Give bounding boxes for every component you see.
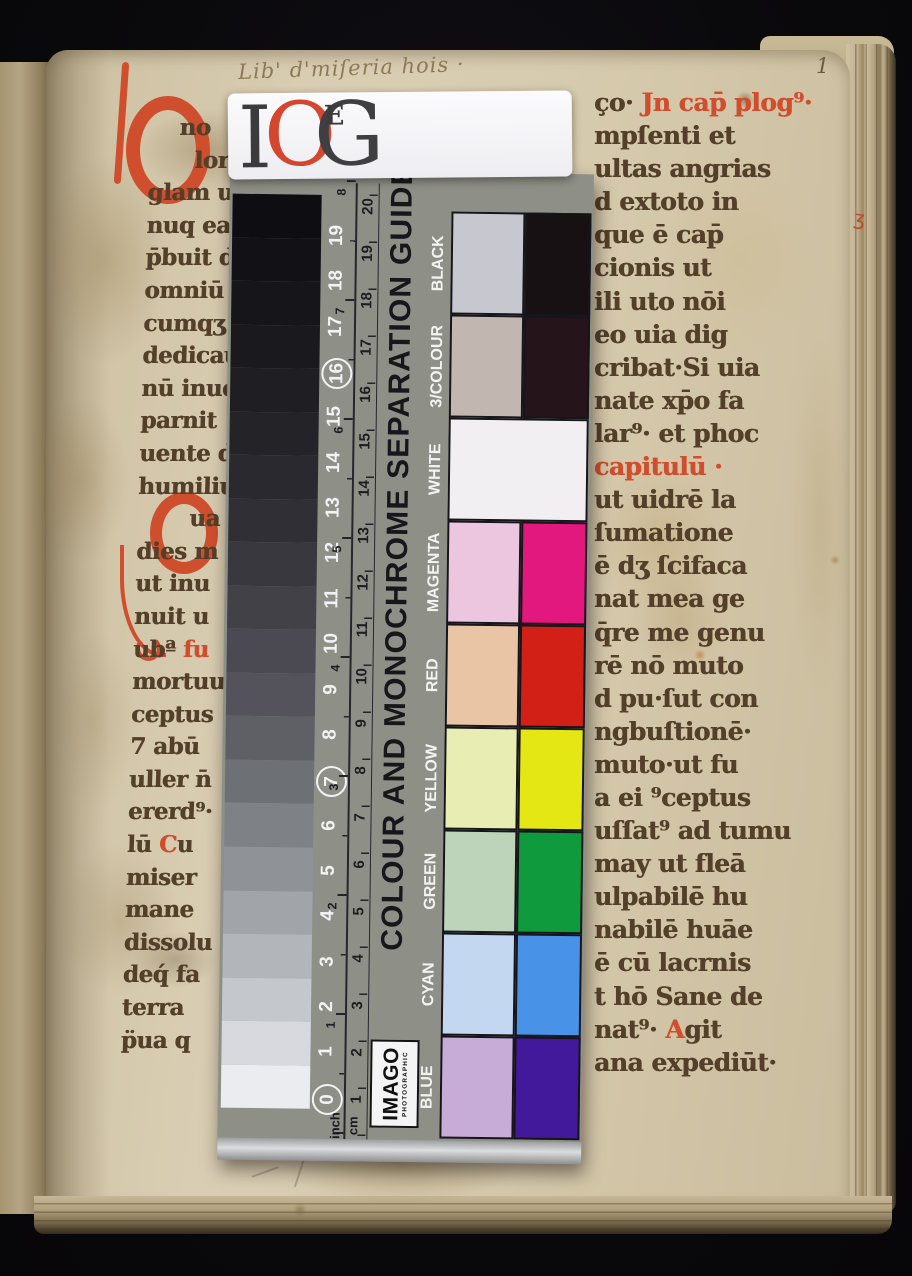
gray-step-patch xyxy=(221,1064,311,1109)
gray-step-patch xyxy=(226,629,316,674)
cm-number: 5 xyxy=(346,901,370,921)
gray-step-patch xyxy=(228,542,318,587)
cm-number: 9 xyxy=(349,713,373,733)
color-row: YELLOW xyxy=(419,726,584,831)
manuscript-line: ut inu xyxy=(135,568,235,601)
manuscript-line: uller n̄ xyxy=(128,764,228,797)
inch-number: 4 xyxy=(324,658,346,678)
manuscript-line: cribat·Si uia xyxy=(594,351,812,384)
color-patch-strong xyxy=(519,624,586,728)
manuscript-line: eo uia dig xyxy=(594,318,812,351)
manuscript-line: nabilē huāe xyxy=(594,913,812,946)
patch-label-zone: BLACK xyxy=(426,211,451,314)
manuscript-line: p̈ua q xyxy=(120,1025,220,1058)
manuscript-line: terra xyxy=(121,992,221,1025)
gray-step-patch xyxy=(225,716,315,761)
gray-step-patch xyxy=(223,890,313,935)
manuscript-line: may ut fleā xyxy=(594,847,812,880)
color-patch-strong xyxy=(517,727,584,831)
logo-letter-e: E xyxy=(324,102,345,129)
manuscript-line: q̄re me genu xyxy=(594,616,812,649)
manuscript-line: nate xp̄o fa xyxy=(594,384,812,417)
cm-number: 7 xyxy=(347,807,371,827)
manuscript-line: 7 abū xyxy=(130,731,230,764)
color-row: RED xyxy=(421,623,586,728)
manuscript-line: uſſat⁹ ad tumu xyxy=(594,814,812,847)
patch-label: 3/COLOUR xyxy=(428,324,447,407)
right-text-column: ço· Jn cap̄ plog⁹·mpſenti etultas angria… xyxy=(594,86,812,1079)
manuscript-line: ē cū lacrnis xyxy=(594,946,812,979)
gray-step-patch xyxy=(221,1021,311,1066)
cm-number: 15 xyxy=(352,431,376,451)
cm-number: 18 xyxy=(354,290,378,310)
inch-number: 2 xyxy=(321,896,343,916)
patch-label: GREEN xyxy=(421,852,440,909)
color-patch-light xyxy=(442,829,517,933)
color-patch-strong xyxy=(524,212,591,316)
inch-number: 7 xyxy=(329,301,351,321)
manuscript-line: d pu·ſut con xyxy=(594,682,812,715)
manuscript-line: dissolu xyxy=(123,927,223,960)
color-patch-strong xyxy=(523,315,590,419)
patch-label-zone: RED xyxy=(421,623,446,726)
gray-step-patch xyxy=(230,324,320,369)
color-patch-light xyxy=(446,520,521,624)
patch-label-zone: MAGENTA xyxy=(422,520,447,623)
manuscript-line: muto·ut fu xyxy=(594,748,812,781)
color-patch-rows: BLACK 3/COLOUR WHITE xyxy=(415,211,591,1140)
manuscript-line: uente d xyxy=(139,438,239,471)
manuscript-line: lū Cu xyxy=(126,829,226,862)
gray-step-patch xyxy=(222,977,312,1022)
patch-label-zone: GREEN xyxy=(418,829,443,932)
gray-step-patch xyxy=(228,498,318,543)
cm-number: 11 xyxy=(350,619,374,639)
patch-label-zone: WHITE xyxy=(423,417,448,520)
cm-number: 3 xyxy=(345,995,369,1015)
patch-label-zone: BLUE xyxy=(415,1035,440,1138)
binding-gutter-shadow xyxy=(46,50,110,1202)
manuscript-line: ili uto nōi xyxy=(594,285,812,318)
manuscript-line: ultas angrias xyxy=(594,152,812,185)
manuscript-line: miser xyxy=(125,862,225,895)
color-patch-light xyxy=(443,726,518,830)
manuscript-line: ço· Jn cap̄ plog⁹· xyxy=(594,86,812,119)
manuscript-line: ſumatione xyxy=(594,516,812,549)
color-row: WHITE xyxy=(423,417,588,522)
gray-step-patch xyxy=(227,585,317,630)
color-row: CYAN xyxy=(417,932,582,1037)
patch-label: RED xyxy=(424,658,442,692)
book-cover-edge xyxy=(0,62,50,1214)
logo-card: I O E G xyxy=(228,91,573,180)
imago-logo: IMAGO PHOTOGRAPHIC xyxy=(369,1040,419,1129)
gray-step-patch xyxy=(224,803,314,848)
manuscript-line: ceptus xyxy=(131,699,231,732)
patch-label: MAGENTA xyxy=(425,532,444,612)
color-patch-strong xyxy=(515,933,582,1037)
gray-step-patch xyxy=(229,411,319,456)
cm-unit-label: cm xyxy=(342,1101,363,1149)
color-row: MAGENTA xyxy=(422,520,587,625)
imago-brand-name: IMAGO xyxy=(380,1047,402,1121)
color-row: 3/COLOUR xyxy=(425,314,590,419)
guide-title: COLOUR AND MONOCHROME SEPARATION GUIDE xyxy=(376,164,420,951)
page-stack-bottom-edges xyxy=(34,1196,892,1234)
manuscript-line: ut uidrē la xyxy=(594,483,812,516)
cm-number: 19 xyxy=(355,243,379,263)
manuscript-line: ngbuſtionē· xyxy=(594,715,812,748)
cm-number: 10 xyxy=(349,666,373,686)
cm-number: 8 xyxy=(348,760,372,780)
patch-label: BLACK xyxy=(429,235,448,291)
gray-step-patch xyxy=(232,237,322,282)
color-patch-light xyxy=(449,315,524,419)
manuscript-line: ua xyxy=(137,503,237,536)
manuscript-line: que ē cap̄ xyxy=(594,218,812,251)
grayscale-wedge xyxy=(221,194,322,1109)
manuscript-line: lar⁹· et phoc xyxy=(594,417,812,450)
imago-brand-sub: PHOTOGRAPHIC xyxy=(402,1047,409,1121)
cm-number: 6 xyxy=(347,854,371,874)
manuscript-line: humiliu xyxy=(138,471,238,504)
patch-label: BLUE xyxy=(419,1065,438,1109)
patch-label: WHITE xyxy=(427,443,446,495)
manuscript-line: nat⁹· Agit xyxy=(594,1013,812,1046)
gray-step-patch xyxy=(222,934,312,979)
manuscript-line: mortuu xyxy=(132,666,232,699)
manuscript-line: dies m xyxy=(136,536,236,569)
color-row: BLUE xyxy=(415,1035,580,1140)
inch-number: 6 xyxy=(327,420,349,440)
inch-number: 5 xyxy=(326,539,348,559)
inch-number: 3 xyxy=(323,777,345,797)
color-patch-light xyxy=(450,212,525,316)
inch-number: 1 xyxy=(320,1015,342,1035)
color-patch-light xyxy=(441,932,516,1036)
manuscript-line: ē dʒ ſcifaca xyxy=(594,549,812,582)
manuscript-line: ererd⁹· xyxy=(127,796,227,829)
cm-number: 4 xyxy=(346,948,370,968)
gray-step-patch xyxy=(224,847,314,892)
patch-label-zone: 3/COLOUR xyxy=(425,314,450,417)
cm-number: 16 xyxy=(353,384,377,404)
color-patch-strong xyxy=(513,1036,580,1140)
ioeg-logo: I O E G xyxy=(238,88,439,184)
color-row: GREEN xyxy=(418,829,583,934)
folio-number: 1 xyxy=(816,54,829,78)
color-patch-light xyxy=(439,1035,514,1139)
color-patch-light xyxy=(447,418,588,523)
manuscript-line: cionis ut xyxy=(594,251,812,284)
manuscript-line: d extoto in xyxy=(594,185,812,218)
color-patch-light xyxy=(445,623,520,727)
color-row: BLACK xyxy=(426,211,591,316)
cm-number: 13 xyxy=(351,525,375,545)
patch-label-zone: CYAN xyxy=(417,932,442,1035)
manuscript-line: nat mea ge xyxy=(594,582,812,615)
manuscript-line: mpſenti et xyxy=(594,119,812,152)
patch-label: YELLOW xyxy=(423,743,442,812)
manuscript-line: nuit u xyxy=(134,601,234,634)
color-patch-strong xyxy=(520,521,587,625)
gray-step-patch xyxy=(230,368,320,413)
patch-label: CYAN xyxy=(420,962,439,1006)
manuscript-line: parnit xyxy=(140,405,240,438)
colour-separation-guide: 191817161514131211109876543210 87654321 … xyxy=(217,170,594,1165)
manuscript-line: nū inue xyxy=(141,373,241,406)
manuscript-line: mane xyxy=(124,894,224,927)
gray-step-patch xyxy=(232,194,322,239)
patch-label-zone: YELLOW xyxy=(419,726,444,829)
color-patch-strong xyxy=(516,830,583,934)
cm-number: 12 xyxy=(350,572,374,592)
manuscript-line: rē nō muto xyxy=(594,649,812,682)
cm-number: 2 xyxy=(344,1042,368,1062)
manuscript-line: ulpabilē hu xyxy=(594,880,812,913)
gray-step-patch xyxy=(229,455,319,500)
cm-number: 14 xyxy=(352,478,376,498)
cm-number: 17 xyxy=(354,337,378,357)
cm-number: 20 xyxy=(355,196,379,216)
manuscript-line: ana expediūt· xyxy=(594,1046,812,1079)
manuscript-line: capitulū · xyxy=(594,450,812,483)
manuscript-line: ubª fu xyxy=(133,634,233,667)
manuscript-line: a ei ⁹ceptus xyxy=(594,781,812,814)
manuscript-line: t hō Sane de xyxy=(594,980,812,1013)
gray-step-patch xyxy=(226,672,316,717)
gray-step-patch xyxy=(225,760,315,805)
photo-stage: Lib' d'miſeria hois · 1 ʒ nolorglam unuq… xyxy=(0,0,912,1276)
manuscript-line: deq́ fa xyxy=(122,959,222,992)
gray-step-patch xyxy=(231,281,321,326)
